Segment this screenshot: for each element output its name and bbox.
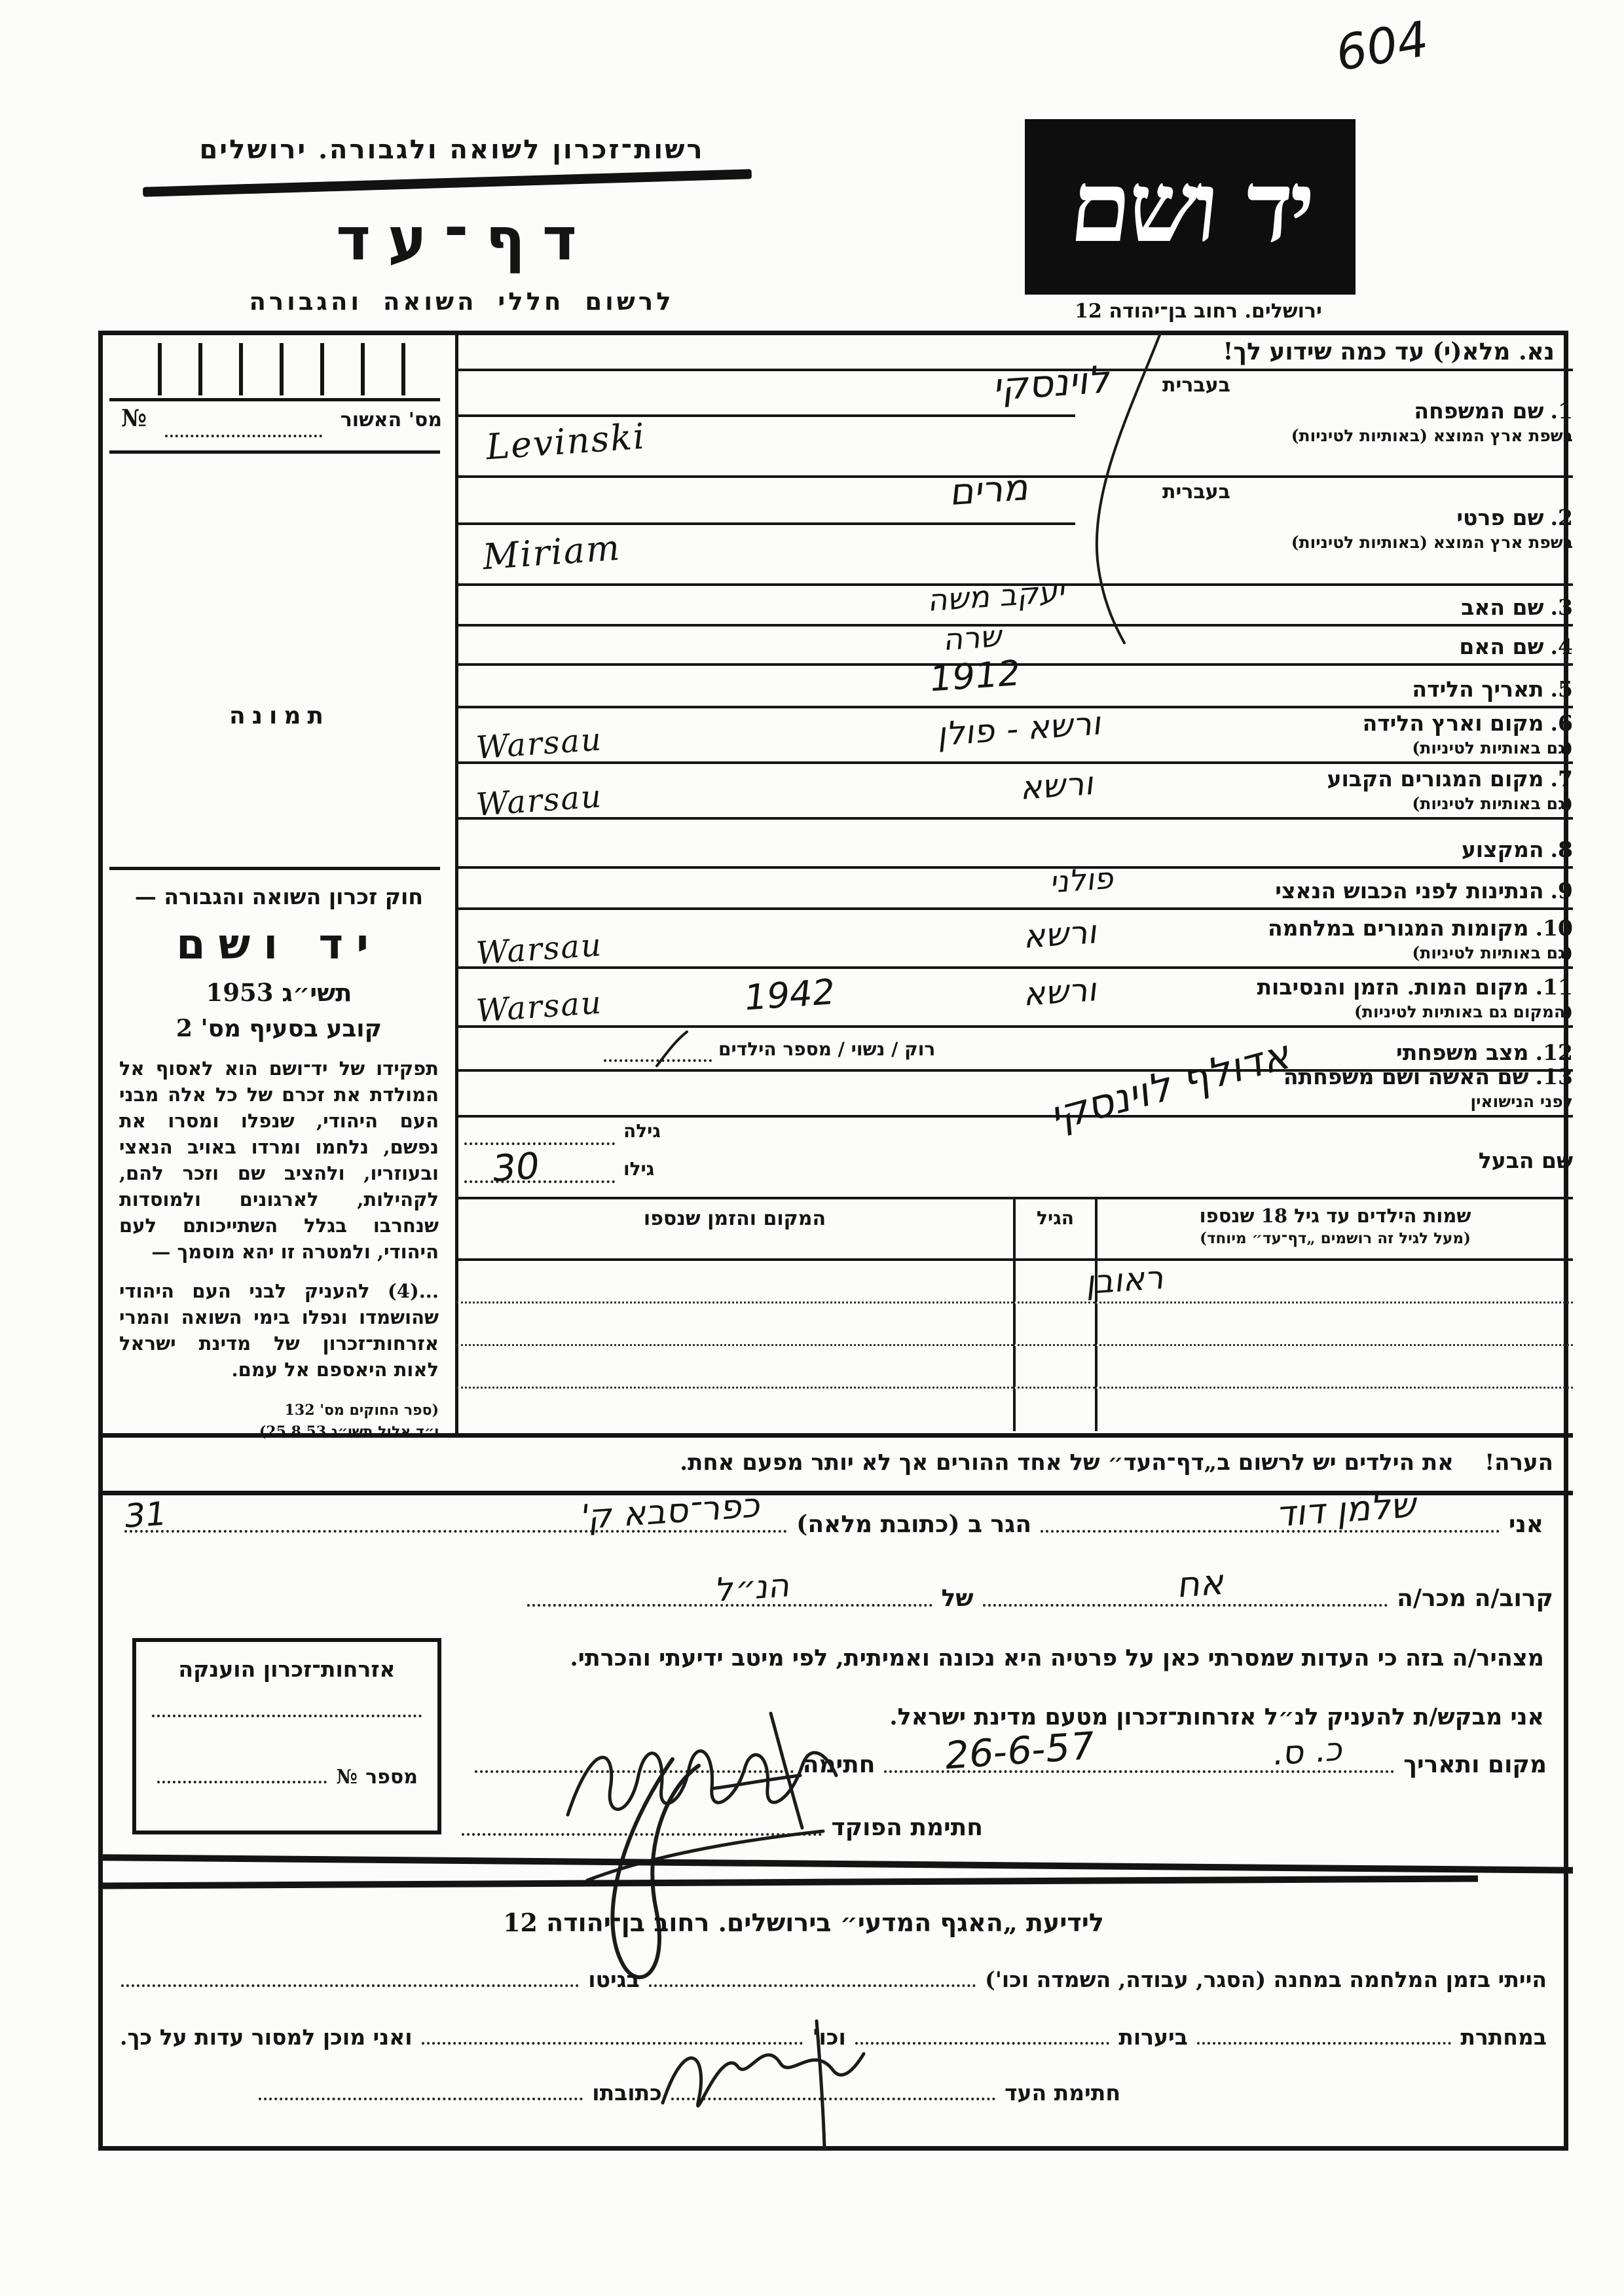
war-camp-label: הייתי בזמן המלחמה במחנה (הסגר, עבודה, הש… bbox=[981, 1967, 1551, 1995]
field13-number: 13. bbox=[1536, 1064, 1573, 1089]
declare-text: מצהיר/ה בזה כי העדות שמסרתי כאן על פרטיה… bbox=[570, 1645, 1544, 1671]
field3-label: שם האב bbox=[1461, 594, 1543, 620]
handwritten-child-name: ראובן bbox=[1085, 1258, 1167, 1302]
field-row-birth-date: 5.תאריך הלידה 1912 bbox=[456, 666, 1573, 708]
field12-label: מצב משפחתי bbox=[1396, 1040, 1529, 1065]
handwritten-his-age: 30 bbox=[490, 1145, 542, 1191]
children-place-header: המקום והזמן שנספו bbox=[456, 1199, 1013, 1258]
field6-label: מקום וארץ הלידה bbox=[1363, 710, 1544, 736]
memorial-box-line bbox=[152, 1713, 422, 1717]
memorial-citizenship-box: אזרחות־זכרון הוענקה מספר № bbox=[132, 1638, 441, 1834]
handwritten-first-name-hebrew: מרים bbox=[949, 466, 1032, 514]
field13-label: שם האשה ושם משפחתה bbox=[1283, 1064, 1529, 1089]
field-row-first-name: בעברית 2.שם פרטי בשפת ארץ המוצא (באותיות… bbox=[456, 478, 1573, 586]
witness-address-dots bbox=[259, 2094, 583, 2100]
entry-line bbox=[456, 414, 1075, 417]
photo-placeholder-label: תמונה bbox=[103, 702, 456, 729]
war-camp-dots bbox=[649, 1980, 976, 1987]
field11-sublabel: (המקום גם באותיות לטיניות) bbox=[1084, 1002, 1573, 1021]
field1-number: 1. bbox=[1551, 398, 1573, 424]
place-date-label: מקום ותאריך bbox=[1399, 1751, 1551, 1781]
field6-number: 6. bbox=[1551, 710, 1573, 736]
law-text: תפקידו של יד־ושם הוא לאסוף אל המולדת את … bbox=[119, 1055, 439, 1265]
authority-title: רשות־זכרון לשואה ולגבורה. ירושלים bbox=[151, 134, 753, 165]
field9-number: 9. bbox=[1551, 878, 1573, 903]
yad-vashem-logo: יד ושם bbox=[1025, 119, 1356, 295]
of-label: של bbox=[938, 1584, 978, 1614]
law-year: תשי״ג 1953 bbox=[119, 978, 439, 1007]
field10-label: מקומות המגורים במלחמה bbox=[1268, 915, 1529, 941]
separator-line bbox=[109, 867, 440, 870]
handwritten-birth-year: 1912 bbox=[927, 652, 1022, 699]
war-line-1: הייתי בזמן המלחמה במחנה (הסגר, עבודה, הש… bbox=[116, 1967, 1551, 1995]
field12-number: 12. bbox=[1536, 1040, 1573, 1065]
law-name: יד ושם bbox=[119, 920, 439, 969]
handwritten-residence-hebrew: ורשא bbox=[1020, 764, 1098, 807]
handwritten-death-place-hebrew: ורשא bbox=[1024, 970, 1101, 1013]
field-row-husband-name: שם הבעל גילה גילו 30 bbox=[456, 1118, 1573, 1199]
memorial-number-label: מספר bbox=[361, 1766, 422, 1791]
field-row-citizenship: 9.הנתינות לפני הכבוש הנאצי פולני bbox=[456, 869, 1573, 910]
handwritten-date: 26-6-57 bbox=[942, 1723, 1097, 1778]
field9-label: הנתינות לפני הכבוש הנאצי bbox=[1275, 878, 1543, 903]
handwritten-wartime-residence-hebrew: ורשא bbox=[1024, 913, 1101, 956]
witness-signature-label: חתימת העד bbox=[1001, 2080, 1124, 2108]
field-row-death-place: 11.מקום המות. הזמן והנסיבות (המקום גם בא… bbox=[456, 969, 1573, 1028]
signature-official bbox=[548, 1749, 862, 1998]
field5-number: 5. bbox=[1551, 676, 1573, 702]
form-box: מס' האשור № תמונה חוק זכרון השואה והגבור… bbox=[98, 331, 1568, 2151]
handwritten-residence-latin: Warsau bbox=[475, 778, 603, 823]
handwritten-death-year: 1942 bbox=[742, 971, 837, 1018]
field7-number: 7. bbox=[1551, 766, 1573, 792]
handwritten-place: כ. ס. bbox=[1271, 1730, 1346, 1772]
place-date-dots: כ. ס. 26-6-57 bbox=[884, 1766, 1394, 1773]
approval-number-label: מס' האשור bbox=[341, 409, 442, 431]
fill-instruction: נא. מלא(י) עד כמה שידוע לך! bbox=[1223, 338, 1555, 365]
war-ghetto-label: בגיטו bbox=[584, 1967, 643, 1995]
his-age-label: גילו bbox=[623, 1158, 654, 1180]
i-label: אני bbox=[1505, 1510, 1547, 1540]
war-forests-dots bbox=[855, 2038, 1110, 2045]
handwritten-death-place-latin: Warsau bbox=[475, 984, 603, 1029]
family-status-options: רוק / נשוי / מספר הילדים bbox=[718, 1038, 935, 1060]
field11-label: מקום המות. הזמן והנסיבות bbox=[1257, 974, 1529, 1000]
handwritten-address-number: 31 bbox=[122, 1495, 168, 1535]
children-row-2 bbox=[456, 1303, 1573, 1346]
children-table-header: שמות הילדים עד גיל 18 שנספו (מעל לגיל זה… bbox=[456, 1199, 1573, 1261]
field-row-family-name: בעברית 1.שם המשפחה בשפת ארץ המוצא (באותי… bbox=[456, 371, 1573, 478]
ruler-ticks bbox=[121, 343, 434, 395]
field5-label: תאריך הלידה bbox=[1412, 676, 1543, 702]
field10-sublabel: (גם באותיות לטיניות) bbox=[1084, 943, 1573, 962]
relation-dots: אח bbox=[983, 1600, 1388, 1607]
handwritten-first-name-latin: Miriam bbox=[481, 527, 622, 578]
field-row-profession: 8.המקצוע bbox=[456, 820, 1573, 869]
children-row-4 bbox=[456, 1389, 1573, 1431]
husband-label: שם הבעל bbox=[1084, 1148, 1573, 1173]
field11-number: 11. bbox=[1536, 974, 1573, 1000]
field-row-wartime-residence: 10.מקומות המגורים במלחמה (גם באותיות לטי… bbox=[456, 910, 1573, 969]
field8-label: המקצוע bbox=[1462, 837, 1544, 862]
children-table: שמות הילדים עד גיל 18 שנספו (מעל לגיל זה… bbox=[456, 1199, 1573, 1433]
law-text-2: ...(4) להעניק לבני העם היהודי שהושמדו ונ… bbox=[119, 1278, 439, 1383]
separator-line bbox=[109, 450, 440, 454]
handwritten-birth-place-latin: Warsau bbox=[475, 721, 603, 766]
science-branch-line: לידיעת „האגף המדעי״ בירושלים. רחוב בן־יה… bbox=[437, 1908, 1170, 1937]
yad-vashem-logo-text: יד ושם bbox=[1064, 149, 1316, 264]
children-age-header: הגיל bbox=[1013, 1199, 1095, 1258]
field3-number: 3. bbox=[1551, 594, 1573, 620]
testimony-page-scan: 604 רשות־זכרון לשואה ולגבורה. ירושלים דף… bbox=[0, 0, 1624, 2296]
law-excerpt: חוק זכרון השואה והגבורה — יד ושם תשי״ג 1… bbox=[119, 884, 439, 1443]
field-row-father-name: 3.שם האב יעקב משה bbox=[456, 586, 1573, 627]
her-age-label: גילה bbox=[623, 1120, 661, 1142]
memorial-numero-symbol: № bbox=[332, 1766, 361, 1791]
note-row: הערה! את הילדים יש לרשום ב„דף־העד״ של אח… bbox=[103, 1433, 1573, 1495]
field-rows: נא. מלא(י) עד כמה שידוע לך! בעברית 1.שם … bbox=[456, 335, 1573, 1433]
memorial-box-title: אזרחות־זכרון הוענקה bbox=[152, 1656, 422, 1682]
logo-address: ירושלים. רחוב בן־יהודה 12 bbox=[1002, 300, 1395, 323]
field7-label: מקום המגורים הקבוע bbox=[1327, 766, 1543, 792]
field10-number: 10. bbox=[1536, 915, 1573, 941]
relative-label: קרוב/ה מכר/ה bbox=[1393, 1584, 1557, 1614]
numero-symbol: № bbox=[121, 405, 147, 432]
law-section: קובע בסעיף מס' 2 bbox=[119, 1015, 439, 1042]
his-age-dots bbox=[464, 1180, 615, 1183]
children-row-1: ראובן bbox=[456, 1261, 1573, 1303]
field4-number: 4. bbox=[1551, 634, 1573, 659]
resident-label: הגר ב (כתובת מלאה) bbox=[792, 1510, 1035, 1540]
handwritten-page-number: 604 bbox=[1332, 10, 1433, 82]
war-forests-label: ביערות bbox=[1115, 2024, 1192, 2052]
children-row-3 bbox=[456, 1346, 1573, 1389]
declarant-line: אני שלמן דוד הגר ב (כתובת מלאה) כפר־סבא … bbox=[119, 1510, 1547, 1540]
field2-number: 2. bbox=[1551, 505, 1573, 530]
field-row-wife-name: 13.שם האשה ושם משפחתה לפני הנישואין bbox=[456, 1072, 1573, 1118]
address-line: כפר־סבא ק' 31 bbox=[124, 1526, 787, 1533]
war-ready-text: ואני מוכן למסור עדות על כך. bbox=[116, 2024, 416, 2052]
signature-witness bbox=[653, 2014, 869, 2155]
war-underground-label: במחתרת bbox=[1456, 2024, 1551, 2052]
pen-stroke bbox=[1026, 330, 1183, 657]
memorial-number-dots bbox=[157, 1777, 327, 1783]
relation-line: קרוב/ה מכר/ה אח של הנ״ל bbox=[522, 1584, 1557, 1614]
handwritten-tick bbox=[653, 1029, 692, 1068]
request-text: אני מבקש/ת להעניק לנ״ל אזרחות־זכרון מטעם… bbox=[889, 1704, 1544, 1730]
field4-label: שם האם bbox=[1459, 634, 1543, 659]
of-dots: הנ״ל bbox=[527, 1600, 932, 1607]
children-names-header: שמות הילדים עד גיל 18 שנספו (מעל לגיל זה… bbox=[1095, 1199, 1573, 1258]
title-underline bbox=[143, 169, 752, 197]
handwritten-mother-name: שרה bbox=[943, 618, 1005, 657]
separator-line bbox=[109, 398, 440, 401]
entry-line bbox=[456, 522, 1075, 525]
law-heading: חוק זכרון השואה והגבורה — bbox=[119, 884, 439, 909]
field-row-residence: 7.מקום המגורים הקבוע (גם באותיות לטיניות… bbox=[456, 764, 1573, 820]
handwritten-citizenship: פולני bbox=[1050, 860, 1117, 900]
form-title: דף־עד bbox=[327, 204, 602, 274]
field-row-birth-place: 6.מקום וארץ הלידה (גם באותיות לטיניות) ו… bbox=[456, 708, 1573, 764]
field2-label: שם פרטי bbox=[1456, 505, 1543, 530]
approval-number-line bbox=[165, 435, 322, 437]
left-panel: מס' האשור № תמונה חוק זכרון השואה והגבור… bbox=[103, 335, 456, 1433]
handwritten-wartime-residence-latin: Warsau bbox=[475, 926, 603, 972]
declarant-name-line: שלמן דוד bbox=[1041, 1526, 1500, 1533]
form-subtitle: לרשום חללי השואה והגבורה bbox=[223, 287, 701, 316]
note-label: הערה! bbox=[1485, 1449, 1553, 1476]
field1-label: שם המשפחה bbox=[1414, 398, 1543, 424]
war-ghetto-dots bbox=[121, 1980, 579, 1987]
war-underground-dots bbox=[1197, 2038, 1452, 2045]
field7-sublabel: (גם באותיות לטיניות) bbox=[1084, 794, 1573, 813]
handwritten-of-whom: הנ״ל bbox=[714, 1566, 793, 1609]
note-text: את הילדים יש לרשום ב„דף־העד״ של אחד ההור… bbox=[680, 1449, 1454, 1476]
handwritten-relation: אח bbox=[1177, 1561, 1228, 1606]
handwritten-family-name-latin: Levinski bbox=[485, 416, 647, 468]
field8-number: 8. bbox=[1551, 837, 1573, 862]
field6-sublabel: (גם באותיות לטיניות) bbox=[1084, 738, 1573, 757]
